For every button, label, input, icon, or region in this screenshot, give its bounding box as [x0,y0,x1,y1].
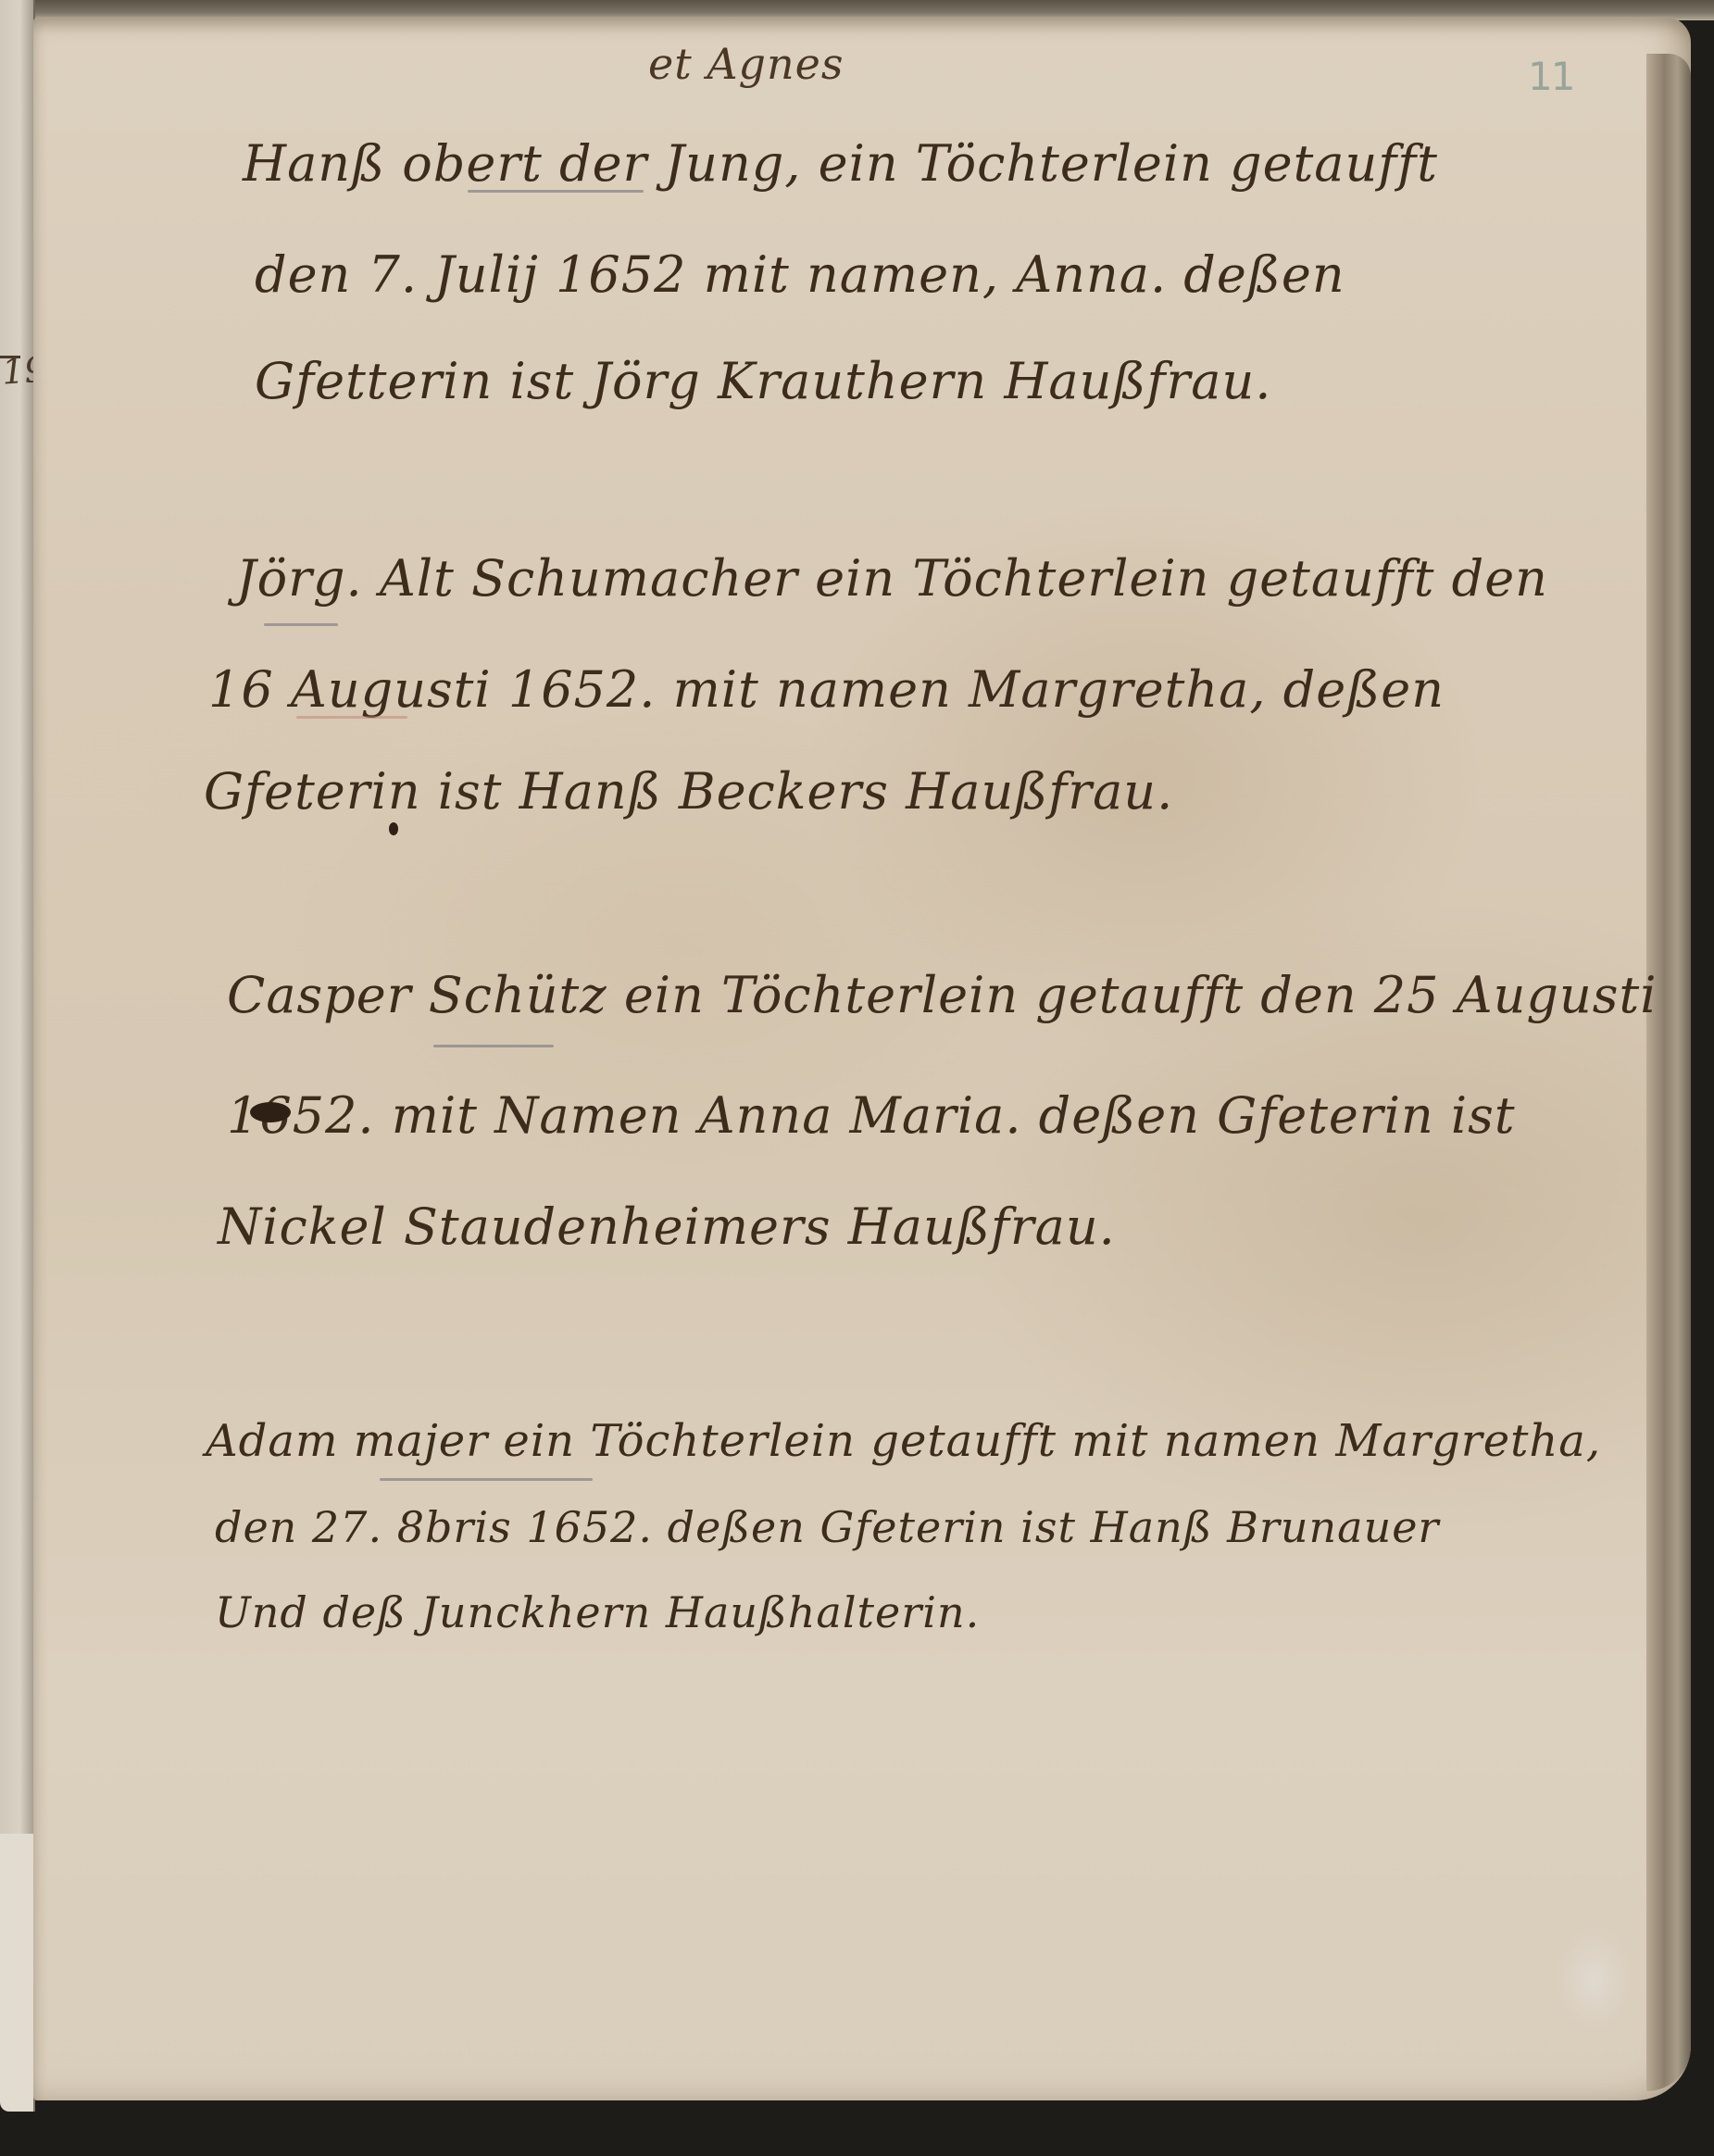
adjacent-page-lower-flap [0,1834,35,2112]
entry-1-line-1: Hanß obert der Jung, ein Töchterlein get… [243,139,1438,189]
entry-3-surname-underline [433,1045,554,1047]
entry-4-surname-underline [380,1478,593,1481]
ink-blot [389,822,398,835]
entry-2-name-overline [264,623,338,626]
entry-3-line-1: Casper Schütz ein Töchterlein getaufft d… [227,971,1657,1021]
entry-2-line-2: 16 Augusti 1652. mit namen Margretha, de… [208,665,1445,715]
entry-1-line-3: Gfetterin ist Jörg Krauthern Haußfrau. [255,357,1271,407]
folio-number: 11 [1528,54,1573,99]
entry-4-line-1: Adam majer ein Töchterlein getaufft mit … [206,1419,1601,1463]
entry-1-line-2: den 7. Julij 1652 mit namen, Anna. deßen [255,250,1345,300]
page-stack-edge [1646,54,1691,2091]
entry-2-date-underline [296,716,407,719]
adjacent-page-edge [0,0,35,2075]
heading-note: et Agnes [648,39,844,89]
entry-1-surname-underline [468,190,644,193]
entry-4-line-3: Und deß Junckhern Haußhalterin. [215,1591,980,1634]
entry-3-line-2: 1652. mit Namen Anna Maria. deßen Gfeter… [227,1091,1516,1141]
entry-2-line-3: Gfeterin ist Hanß Beckers Haußfrau. [204,767,1173,817]
entry-4-line-2: den 27. 8bris 1652. deßen Gfeterin ist H… [215,1506,1439,1548]
entry-2-line-1: Jörg. Alt Schumacher ein Töchterlein get… [236,554,1548,604]
entry-3-line-3: Nickel Staudenheimers Haußfrau. [218,1202,1116,1252]
manuscript-page [33,17,1691,2100]
ink-blot-date-correction [250,1102,291,1122]
worn-corner [1552,1924,1635,2036]
